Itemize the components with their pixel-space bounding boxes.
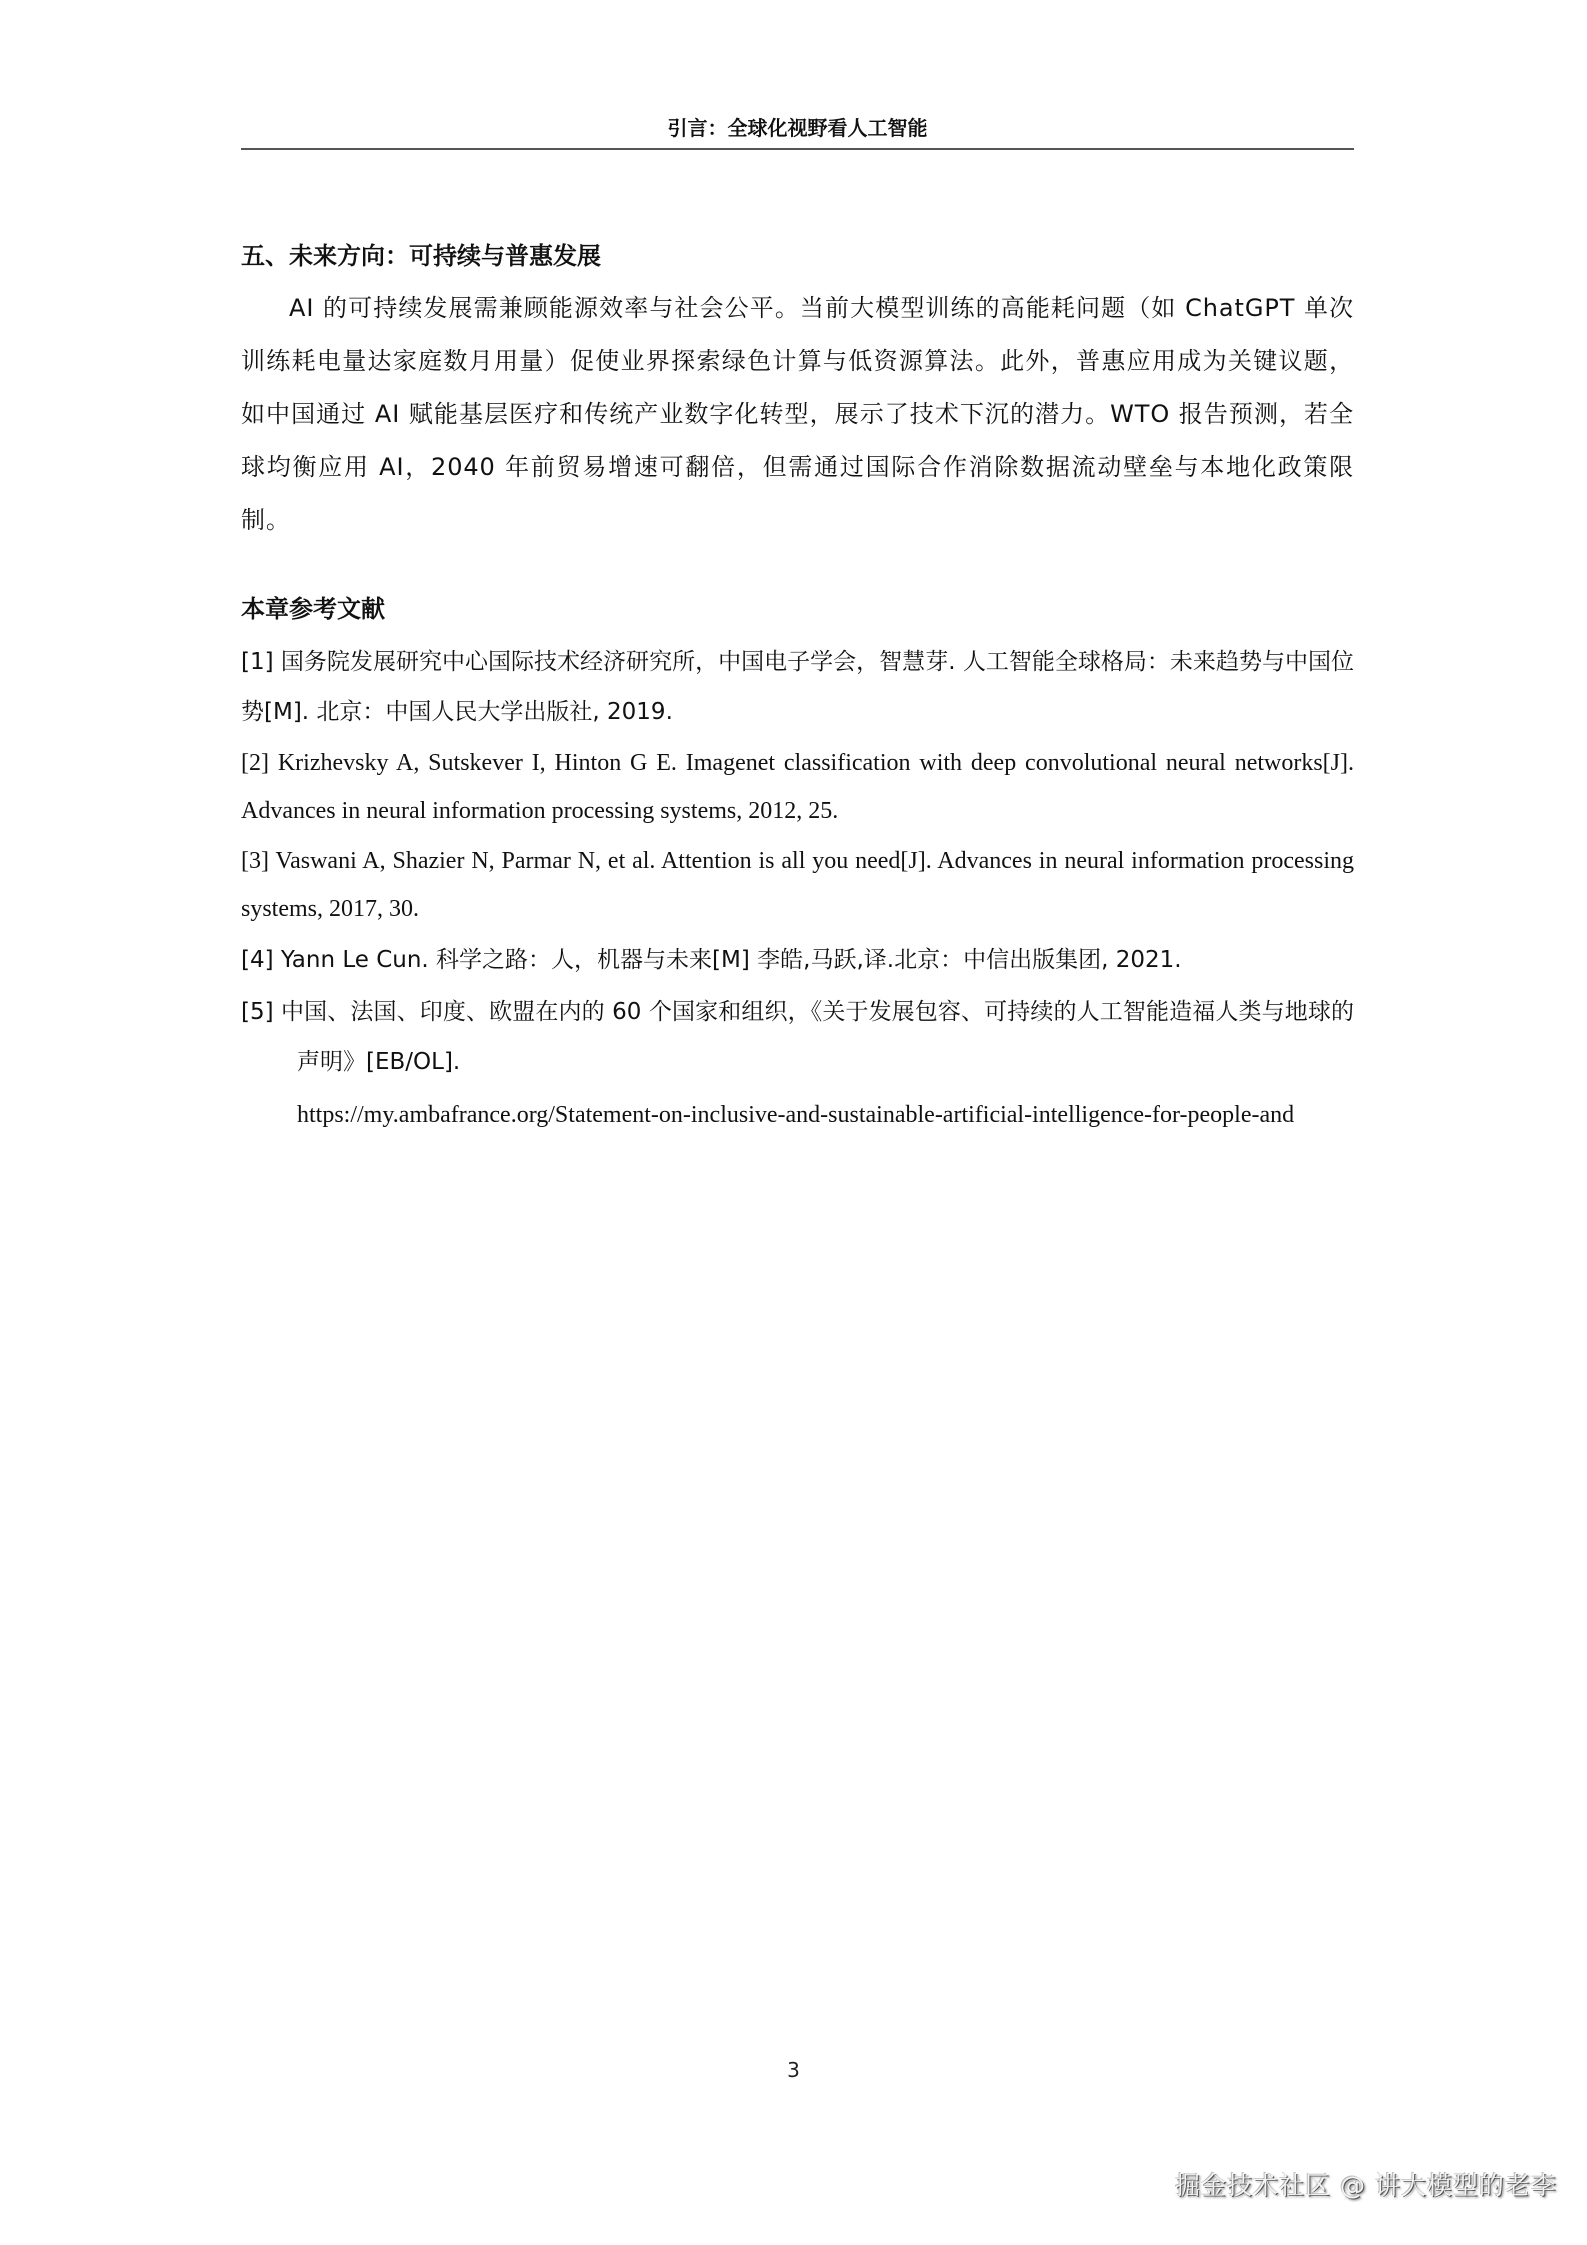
page-number: 3 <box>0 2058 1587 2082</box>
reference-item: [3] Vaswani A, Shazier N, Parmar N, et a… <box>241 837 1354 933</box>
references-heading: 本章参考文献 <box>241 585 1354 633</box>
references-list: [1] 国务院发展研究中心国际技术经济研究所，中国电子学会，智慧芽. 人工智能全… <box>241 637 1354 1139</box>
reference-item: [2] Krizhevsky A, Sutskever I, Hinton G … <box>241 739 1354 835</box>
page-content: 五、未来方向：可持续与普惠发展 AI 的可持续发展需兼顾能源效率与社会公平。当前… <box>241 232 1354 1139</box>
reference-item: [4] Yann Le Cun. 科学之路：人，机器与未来[M] 李皓,马跃,译… <box>241 935 1354 985</box>
reference-item: [1] 国务院发展研究中心国际技术经济研究所，中国电子学会，智慧芽. 人工智能全… <box>241 637 1354 737</box>
watermark: 掘金技术社区 @ 讲大模型的老李 <box>1175 2166 1557 2202</box>
reference-url-link[interactable]: https://my.ambafrance.org/Statement-on-i… <box>241 1091 1354 1139</box>
section-paragraph: AI 的可持续发展需兼顾能源效率与社会公平。当前大模型训练的高能耗问题（如 Ch… <box>241 282 1354 547</box>
reference-item: [5] 中国、法国、印度、欧盟在内的 60 个国家和组织，《关于发展包容、可持续… <box>241 987 1354 1087</box>
running-header-title: 引言：全球化视野看人工智能 <box>241 112 1354 141</box>
running-header: 引言：全球化视野看人工智能 <box>241 108 1354 150</box>
section-heading: 五、未来方向：可持续与普惠发展 <box>241 232 1354 280</box>
